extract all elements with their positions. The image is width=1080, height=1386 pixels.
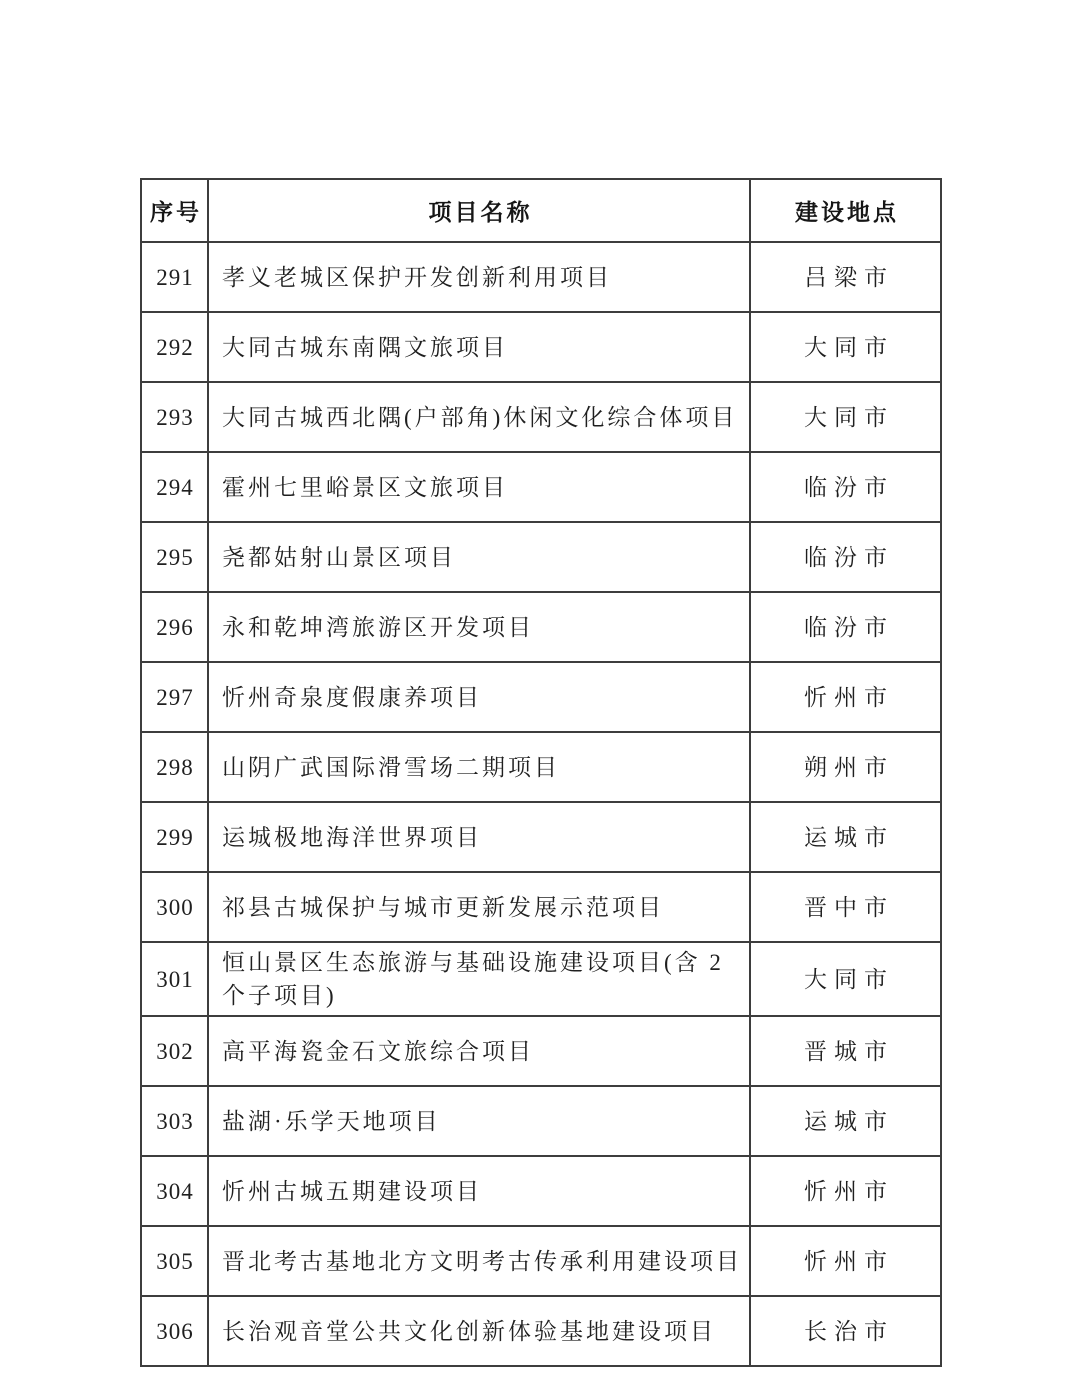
location-cell: 忻州市 <box>750 662 941 732</box>
location-cell: 大同市 <box>750 312 941 382</box>
project-name-cell: 高平海瓷金石文旅综合项目 <box>208 1016 750 1086</box>
table-row: 305 晋北考古基地北方文明考古传承利用建设项目 忻州市 <box>141 1226 941 1296</box>
serial-number-cell: 295 <box>141 522 208 592</box>
location-cell: 吕梁市 <box>750 242 941 312</box>
project-name-cell: 晋北考古基地北方文明考古传承利用建设项目 <box>208 1226 750 1296</box>
location-cell: 大同市 <box>750 942 941 1016</box>
table-row: 306 长治观音堂公共文化创新体验基地建设项目 长治市 <box>141 1296 941 1366</box>
table-row: 295 尧都姑射山景区项目 临汾市 <box>141 522 941 592</box>
location-cell: 临汾市 <box>750 522 941 592</box>
serial-number-cell: 293 <box>141 382 208 452</box>
serial-number-cell: 297 <box>141 662 208 732</box>
serial-number-cell: 292 <box>141 312 208 382</box>
serial-number-cell: 298 <box>141 732 208 802</box>
table-row: 303 盐湖·乐学天地项目 运城市 <box>141 1086 941 1156</box>
serial-number-cell: 296 <box>141 592 208 662</box>
project-name-cell: 祁县古城保护与城市更新发展示范项目 <box>208 872 750 942</box>
project-name-cell: 忻州古城五期建设项目 <box>208 1156 750 1226</box>
project-name-cell: 尧都姑射山景区项目 <box>208 522 750 592</box>
project-name-cell: 忻州奇泉度假康养项目 <box>208 662 750 732</box>
table-header-row: 序号 项目名称 建设地点 <box>141 179 941 242</box>
project-table: 序号 项目名称 建设地点 291 孝义老城区保护开发创新利用项目 吕梁市 292… <box>140 178 942 1367</box>
location-cell: 大同市 <box>750 382 941 452</box>
table-row: 293 大同古城西北隅(户部角)休闲文化综合体项目 大同市 <box>141 382 941 452</box>
table-row: 294 霍州七里峪景区文旅项目 临汾市 <box>141 452 941 522</box>
location-cell: 临汾市 <box>750 452 941 522</box>
header-project-name: 项目名称 <box>208 179 750 242</box>
project-name-cell: 霍州七里峪景区文旅项目 <box>208 452 750 522</box>
table-row: 301 恒山景区生态旅游与基础设施建设项目(含 2 个子项目) 大同市 <box>141 942 941 1016</box>
document-page: 序号 项目名称 建设地点 291 孝义老城区保护开发创新利用项目 吕梁市 292… <box>0 0 1080 1386</box>
table-row: 300 祁县古城保护与城市更新发展示范项目 晋中市 <box>141 872 941 942</box>
project-name-cell: 恒山景区生态旅游与基础设施建设项目(含 2 个子项目) <box>208 942 750 1016</box>
table-row: 302 高平海瓷金石文旅综合项目 晋城市 <box>141 1016 941 1086</box>
project-name-cell: 运城极地海洋世界项目 <box>208 802 750 872</box>
table-row: 304 忻州古城五期建设项目 忻州市 <box>141 1156 941 1226</box>
project-name-cell: 大同古城西北隅(户部角)休闲文化综合体项目 <box>208 382 750 452</box>
table-row: 292 大同古城东南隅文旅项目 大同市 <box>141 312 941 382</box>
serial-number-cell: 305 <box>141 1226 208 1296</box>
serial-number-cell: 291 <box>141 242 208 312</box>
serial-number-cell: 304 <box>141 1156 208 1226</box>
serial-number-cell: 301 <box>141 942 208 1016</box>
location-cell: 临汾市 <box>750 592 941 662</box>
header-serial-number: 序号 <box>141 179 208 242</box>
location-cell: 忻州市 <box>750 1156 941 1226</box>
serial-number-cell: 300 <box>141 872 208 942</box>
table-row: 298 山阴广武国际滑雪场二期项目 朔州市 <box>141 732 941 802</box>
header-construction-location: 建设地点 <box>750 179 941 242</box>
project-name-cell: 大同古城东南隅文旅项目 <box>208 312 750 382</box>
location-cell: 朔州市 <box>750 732 941 802</box>
project-name-cell: 盐湖·乐学天地项目 <box>208 1086 750 1156</box>
project-name-cell: 永和乾坤湾旅游区开发项目 <box>208 592 750 662</box>
table-row: 299 运城极地海洋世界项目 运城市 <box>141 802 941 872</box>
serial-number-cell: 306 <box>141 1296 208 1366</box>
table-row: 291 孝义老城区保护开发创新利用项目 吕梁市 <box>141 242 941 312</box>
project-name-cell: 孝义老城区保护开发创新利用项目 <box>208 242 750 312</box>
location-cell: 晋中市 <box>750 872 941 942</box>
serial-number-cell: 299 <box>141 802 208 872</box>
project-name-cell: 长治观音堂公共文化创新体验基地建设项目 <box>208 1296 750 1366</box>
table-row: 296 永和乾坤湾旅游区开发项目 临汾市 <box>141 592 941 662</box>
location-cell: 运城市 <box>750 1086 941 1156</box>
table-row: 297 忻州奇泉度假康养项目 忻州市 <box>141 662 941 732</box>
location-cell: 忻州市 <box>750 1226 941 1296</box>
location-cell: 长治市 <box>750 1296 941 1366</box>
table-body: 291 孝义老城区保护开发创新利用项目 吕梁市 292 大同古城东南隅文旅项目 … <box>141 242 941 1366</box>
location-cell: 晋城市 <box>750 1016 941 1086</box>
serial-number-cell: 303 <box>141 1086 208 1156</box>
serial-number-cell: 302 <box>141 1016 208 1086</box>
serial-number-cell: 294 <box>141 452 208 522</box>
location-cell: 运城市 <box>750 802 941 872</box>
project-name-cell: 山阴广武国际滑雪场二期项目 <box>208 732 750 802</box>
